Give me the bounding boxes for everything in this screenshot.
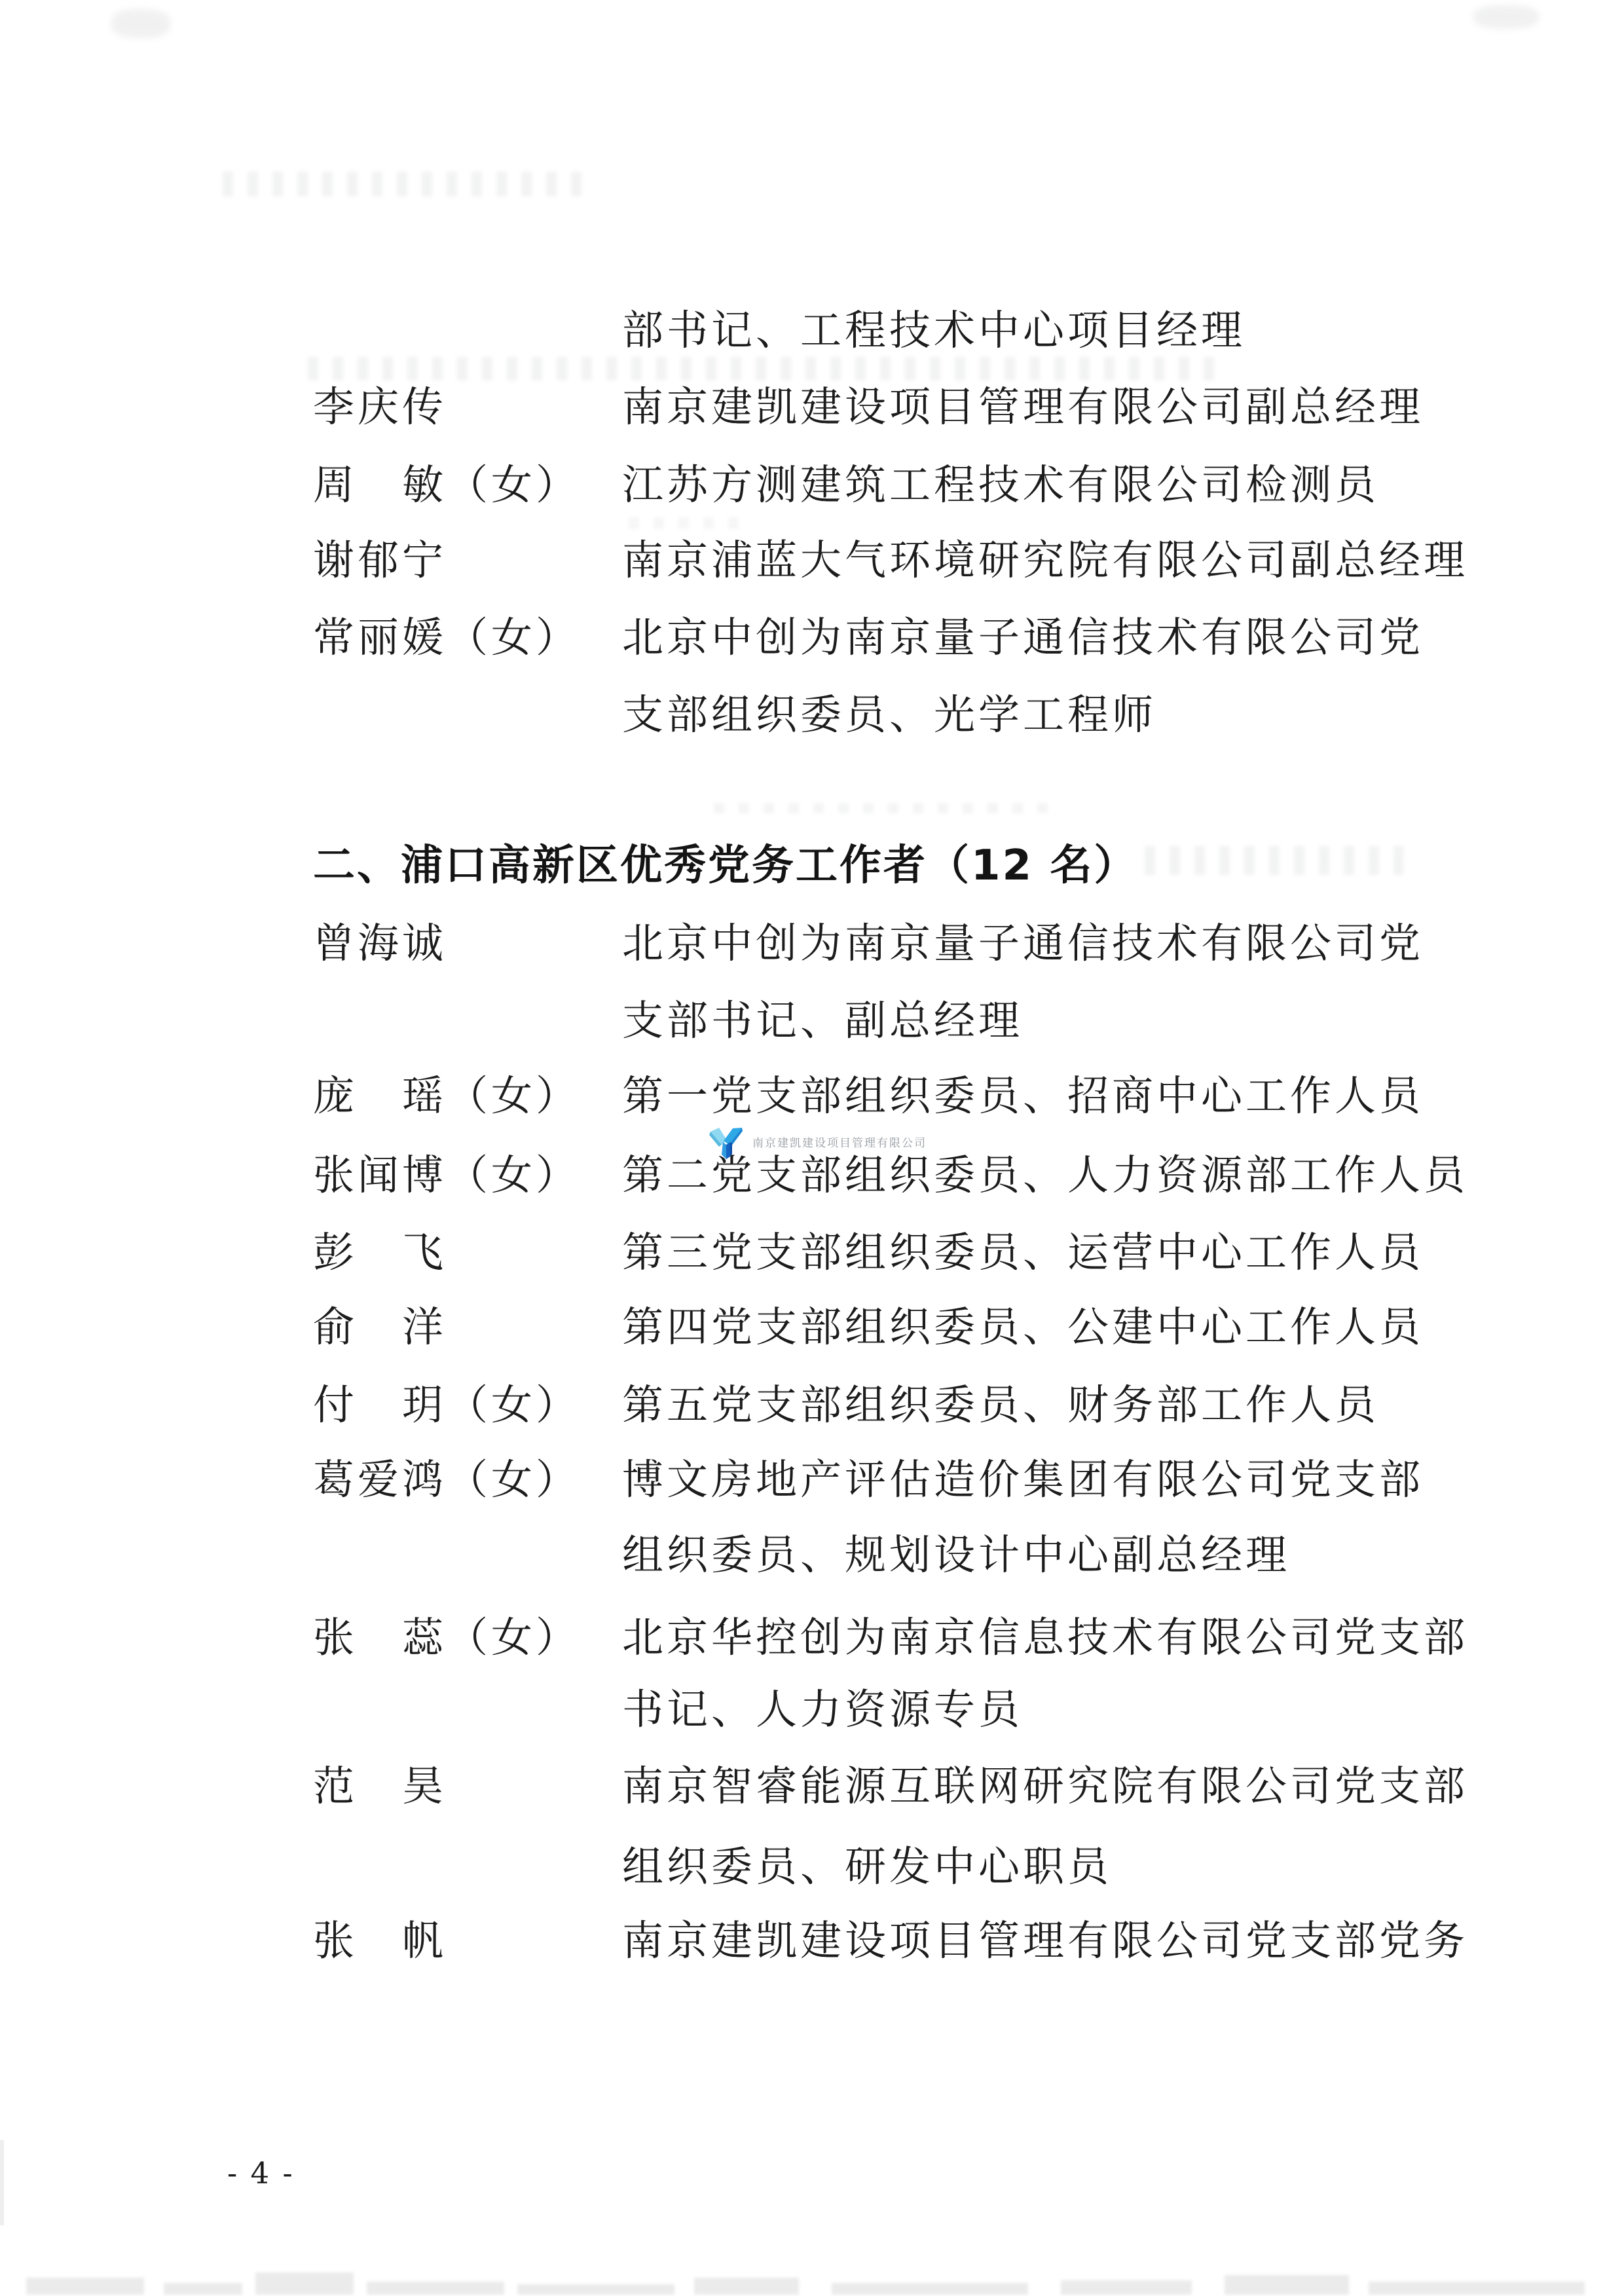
scan-ghost-artifact bbox=[223, 172, 589, 196]
awardee-title-line2: 组织委员、研发中心职员 bbox=[622, 1845, 1112, 1889]
awardee-title: 江苏方测建筑工程技术有限公司检测员 bbox=[622, 464, 1379, 507]
award-entry-row: 彭 飞 第三党支部组织委员、运营中心工作人员 bbox=[0, 1231, 1624, 1277]
scan-edge-artifact bbox=[0, 2140, 4, 2225]
scan-ghost-artifact bbox=[308, 357, 1218, 380]
awardee-name: 李庆传 bbox=[313, 386, 447, 429]
carryover-line: 部书记、工程技术中心项目经理 bbox=[622, 309, 1246, 352]
awardee-name: 庞 瑶（女） bbox=[313, 1075, 580, 1118]
awardee-name: 俞 洋 bbox=[313, 1306, 447, 1349]
scan-band-artifact bbox=[517, 2284, 674, 2295]
awardee-title: 北京中创为南京量子通信技术有限公司党 bbox=[622, 616, 1424, 659]
awardee-title: 南京建凯建设项目管理有限公司副总经理 bbox=[622, 386, 1424, 429]
awardee-title: 南京建凯建设项目管理有限公司党支部党务 bbox=[622, 1919, 1468, 1963]
awardee-title: 第一党支部组织委员、招商中心工作人员 bbox=[622, 1075, 1424, 1118]
award-entry-row: 谢郁宁 南京浦蓝大气环境研究院有限公司副总经理 bbox=[0, 539, 1624, 585]
awardee-name: 张 帆 bbox=[313, 1919, 447, 1963]
award-entry-row: 李庆传 南京建凯建设项目管理有限公司副总经理 bbox=[0, 386, 1624, 432]
award-entry-continuation: 支部组织委员、光学工程师 bbox=[0, 694, 1624, 739]
awardee-name: 谢郁宁 bbox=[313, 539, 447, 582]
awardee-name: 常丽媛（女） bbox=[313, 616, 580, 659]
award-entry-continuation: 书记、人力资源专员 bbox=[0, 1688, 1624, 1734]
awardee-name: 张闻博（女） bbox=[313, 1154, 580, 1197]
scan-band-artifact bbox=[255, 2272, 354, 2295]
page-number: - 4 - bbox=[227, 2157, 295, 2190]
company-watermark-text: 南京建凯建设项目管理有限公司 bbox=[752, 1138, 927, 1149]
awardee-name: 彭 飞 bbox=[313, 1231, 447, 1274]
scan-ghost-artifact bbox=[714, 803, 1051, 813]
award-entry-row: 付 玥（女） 第五党支部组织委员、财务部工作人员 bbox=[0, 1384, 1624, 1430]
award-entry-row: 庞 瑶（女） 第一党支部组织委员、招商中心工作人员 bbox=[0, 1075, 1624, 1120]
scan-band-artifact bbox=[367, 2282, 504, 2295]
awardee-title-line2: 书记、人力资源专员 bbox=[622, 1688, 1023, 1731]
awardee-name: 范 昊 bbox=[313, 1765, 447, 1808]
award-entry-row: 范 昊 南京智睿能源互联网研究院有限公司党支部 bbox=[0, 1765, 1624, 1811]
document-page: 部书记、工程技术中心项目经理 李庆传 南京建凯建设项目管理有限公司副总经理 周 … bbox=[0, 0, 1624, 2296]
awardee-title: 博文房地产评估造价集团有限公司党支部 bbox=[622, 1458, 1424, 1502]
scan-band-artifact bbox=[1369, 2282, 1585, 2295]
scan-band-artifact bbox=[1061, 2280, 1192, 2295]
award-entry-row: 曾海诚 北京中创为南京量子通信技术有限公司党 bbox=[0, 922, 1624, 968]
award-entry-continuation: 组织委员、研发中心职员 bbox=[0, 1845, 1624, 1891]
awardee-title: 北京中创为南京量子通信技术有限公司党 bbox=[622, 922, 1424, 965]
scan-band-artifact bbox=[26, 2278, 144, 2295]
award-entry-row: 葛爱鸿（女） 博文房地产评估造价集团有限公司党支部 bbox=[0, 1458, 1624, 1504]
scan-band-artifact bbox=[694, 2278, 799, 2295]
awardee-title-line2: 组织委员、规划设计中心副总经理 bbox=[622, 1534, 1290, 1577]
awardee-title: 第五党支部组织委员、财务部工作人员 bbox=[622, 1384, 1379, 1427]
scan-ghost-artifact bbox=[629, 517, 740, 529]
awardee-name: 曾海诚 bbox=[313, 922, 447, 965]
awardee-name: 张 蕊（女） bbox=[313, 1616, 580, 1659]
award-entry-row: 周 敏（女） 江苏方测建筑工程技术有限公司检测员 bbox=[0, 464, 1624, 509]
awardee-title: 南京智睿能源互联网研究院有限公司党支部 bbox=[622, 1765, 1468, 1808]
awardee-title-line2: 支部书记、副总经理 bbox=[622, 999, 1023, 1043]
company-logo-icon bbox=[708, 1126, 745, 1163]
awardee-name: 葛爱鸿（女） bbox=[313, 1458, 580, 1502]
awardee-name: 周 敏（女） bbox=[313, 464, 580, 507]
scan-ghost-artifact bbox=[1145, 846, 1403, 875]
scan-speck-artifact bbox=[1473, 5, 1539, 29]
scan-speck-artifact bbox=[111, 9, 170, 38]
scan-band-artifact bbox=[832, 2283, 1028, 2295]
awardee-title-line2: 支部组织委员、光学工程师 bbox=[622, 694, 1156, 737]
award-entry-row: 俞 洋 第四党支部组织委员、公建中心工作人员 bbox=[0, 1306, 1624, 1352]
company-watermark: 南京建凯建设项目管理有限公司 bbox=[708, 1126, 927, 1163]
award-entry-continuation: 组织委员、规划设计中心副总经理 bbox=[0, 1534, 1624, 1580]
award-entry-row: 常丽媛（女） 北京中创为南京量子通信技术有限公司党 bbox=[0, 616, 1624, 662]
award-entry-row: 张 蕊（女） 北京华控创为南京信息技术有限公司党支部 bbox=[0, 1616, 1624, 1662]
award-entry-row: 张 帆 南京建凯建设项目管理有限公司党支部党务 bbox=[0, 1919, 1624, 1965]
awardee-name: 付 玥（女） bbox=[313, 1384, 580, 1427]
awardee-title: 南京浦蓝大气环境研究院有限公司副总经理 bbox=[622, 539, 1468, 582]
scan-band-artifact bbox=[1225, 2275, 1349, 2295]
section-heading: 二、浦口高新区优秀党务工作者（12 名） bbox=[313, 843, 1137, 888]
award-entry-continuation: 支部书记、副总经理 bbox=[0, 999, 1624, 1045]
scan-band-artifact bbox=[164, 2283, 242, 2295]
awardee-title: 第三党支部组织委员、运营中心工作人员 bbox=[622, 1231, 1424, 1274]
carryover-row: 部书记、工程技术中心项目经理 bbox=[0, 309, 1624, 355]
awardee-title: 第四党支部组织委员、公建中心工作人员 bbox=[622, 1306, 1424, 1349]
awardee-title: 北京华控创为南京信息技术有限公司党支部 bbox=[622, 1616, 1468, 1659]
